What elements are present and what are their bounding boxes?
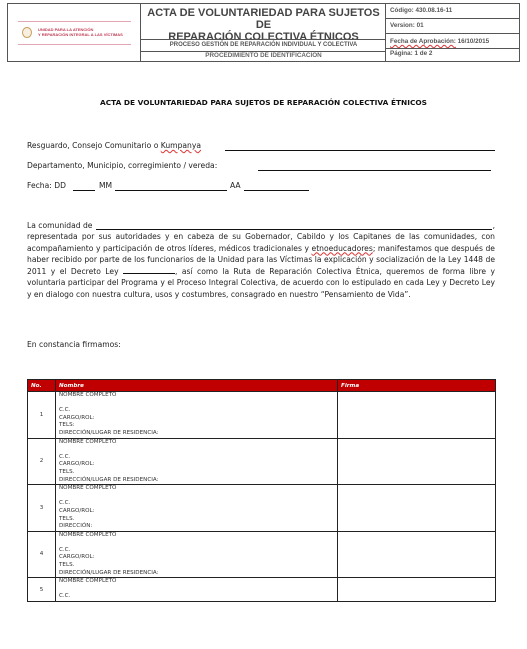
resguardo-label: Resguardo, Consejo Comunitario o Kumpany…: [27, 141, 201, 150]
table-row: 2NOMBRE COMPLETOC.C.CARGO/ROL:TELS.DIREC…: [28, 438, 496, 485]
row-number: 1: [28, 392, 56, 439]
nombre-field-label: TELS.: [59, 516, 334, 524]
col-header-firma: Firma: [338, 380, 496, 392]
version: Version: 01: [390, 22, 424, 29]
firma-cell[interactable]: [338, 531, 496, 578]
fecha-aprobacion: Fecha de Aprobación: 16/10/2015: [390, 38, 489, 45]
header-meta-cell: Código: 430.08.16-11 Version: 01 Fecha d…: [386, 4, 519, 61]
nombre-field-label: DIRECCIÓN:: [59, 523, 334, 531]
comunidad-field[interactable]: [96, 229, 492, 230]
resguardo-field[interactable]: [225, 150, 495, 151]
nombre-field-label: CARGO/ROL:: [59, 461, 334, 469]
logo-text: UNIDAD PARA LA ATENCIÓN Y REPARACIÓN INT…: [38, 27, 123, 37]
nombre-field-label: NOMBRE COMPLETO: [59, 532, 334, 540]
nombre-cell[interactable]: NOMBRE COMPLETOC.C.CARGO/ROL:TELS.DIRECC…: [56, 485, 338, 532]
firma-cell[interactable]: [338, 578, 496, 602]
declaration-body: representada por sus autoridades y en ca…: [27, 231, 495, 300]
nombre-field-label: CARGO/ROL:: [59, 508, 334, 516]
fecha-aa-field[interactable]: [244, 190, 309, 191]
nombre-field-label: NOMBRE COMPLETO: [59, 439, 334, 447]
logo-text-line-2: Y REPARACIÓN INTEGRAL A LAS VÍCTIMAS: [38, 32, 123, 37]
nombre-cell[interactable]: NOMBRE COMPLETOC.C.: [56, 578, 338, 602]
fecha-dd-field[interactable]: [73, 190, 95, 191]
table-row: 4NOMBRE COMPLETOC.C.CARGO/ROL:TELS.DIREC…: [28, 531, 496, 578]
comunidad-line: La comunidad de ,: [27, 220, 495, 231]
kumpanya-word: Kumpanya: [161, 141, 201, 150]
fecha-aprobacion-value: 16/10/2015: [456, 38, 489, 45]
departamento-label: Departamento, Municipio, corregimiento /…: [27, 161, 217, 170]
comma: ,: [493, 220, 495, 231]
firma-cell[interactable]: [338, 485, 496, 532]
signature-table-body: 1NOMBRE COMPLETOC.C.CARGO/ROL:TELS:DIREC…: [28, 392, 496, 602]
table-header-row: No. Nombre Firma: [28, 380, 496, 392]
table-row: 5NOMBRE COMPLETOC.C.: [28, 578, 496, 602]
nombre-field-label: NOMBRE COMPLETO: [59, 485, 334, 493]
nombre-field-label: CARGO/ROL:: [59, 554, 334, 562]
logo-cell: UNIDAD PARA LA ATENCIÓN Y REPARACIÓN INT…: [8, 4, 141, 61]
header-title: ACTA DE VOLUNTARIEDAD PARA SUJETOS DE RE…: [141, 7, 386, 43]
nombre-field-label: TELS.: [59, 562, 334, 570]
col-header-nombre: Nombre: [56, 380, 338, 392]
nombre-field-label: [59, 446, 334, 454]
nombre-field-label: C.C.: [59, 454, 334, 462]
table-row: 3NOMBRE COMPLETOC.C.CARGO/ROL:TELS.DIREC…: [28, 485, 496, 532]
row-number: 4: [28, 531, 56, 578]
nombre-field-label: [59, 586, 334, 594]
nombre-field-label: NOMBRE COMPLETO: [59, 578, 334, 586]
declaration-paragraph: La comunidad de , representada por sus a…: [27, 220, 495, 300]
row-number: 2: [28, 438, 56, 485]
nombre-field-label: DIRECCIÓN/LUGAR DE RESIDENCIA:: [59, 477, 334, 485]
col-header-no: No.: [28, 380, 56, 392]
nombre-field-label: NOMBRE COMPLETO: [59, 392, 334, 400]
divider: [386, 33, 519, 34]
pagina: Página: 1 de 2: [390, 50, 432, 57]
fecha-aprobacion-label: Fecha de Aprobación:: [390, 38, 456, 45]
nombre-field-label: CARGO/ROL:: [59, 415, 334, 423]
nombre-field-label: DIRECCIÓN/LUGAR DE RESIDENCIA:: [59, 570, 334, 578]
nombre-cell[interactable]: NOMBRE COMPLETOC.C.CARGO/ROL:TELS:DIRECC…: [56, 392, 338, 439]
header-title-cell: ACTA DE VOLUNTARIEDAD PARA SUJETOS DE RE…: [141, 4, 386, 61]
comunidad-label: La comunidad de: [27, 221, 92, 230]
nombre-field-label: [59, 539, 334, 547]
nombre-cell[interactable]: NOMBRE COMPLETOC.C.CARGO/ROL:TELS.DIRECC…: [56, 531, 338, 578]
firma-cell[interactable]: [338, 438, 496, 485]
nombre-field-label: C.C.: [59, 500, 334, 508]
nombre-field-label: DIRECCIÓN/LUGAR DE RESIDENCIA:: [59, 430, 334, 438]
header-title-line-1: ACTA DE VOLUNTARIEDAD PARA SUJETOS DE: [141, 7, 386, 31]
nombre-field-label: TELS:: [59, 422, 334, 430]
fecha-mm-field[interactable]: [115, 190, 227, 191]
nombre-field-label: C.C.: [59, 547, 334, 555]
etnoeducadores-word: etnoeducadores: [312, 244, 373, 253]
divider: [386, 18, 519, 19]
nombre-field-label: [59, 400, 334, 408]
logo-divider: [18, 44, 131, 45]
table-row: 1NOMBRE COMPLETOC.C.CARGO/ROL:TELS:DIREC…: [28, 392, 496, 439]
row-number: 5: [28, 578, 56, 602]
fecha-aa-label: AA: [230, 181, 241, 190]
codigo: Código: 430.08.16-11: [390, 7, 452, 14]
fecha-dd-label: Fecha: DD: [27, 181, 66, 190]
divider: [386, 48, 519, 49]
departamento-field[interactable]: [258, 170, 491, 171]
document-title: ACTA DE VOLUNTARIEDAD PARA SUJETOS DE RE…: [0, 98, 527, 107]
fecha-mm-label: MM: [99, 181, 112, 190]
coat-of-arms-icon: [22, 27, 32, 38]
firma-cell[interactable]: [338, 392, 496, 439]
signature-table: No. Nombre Firma 1NOMBRE COMPLETOC.C.CAR…: [27, 379, 496, 602]
resguardo-label-text: Resguardo, Consejo Comunitario o: [27, 141, 161, 150]
constancia-label: En constancia firmamos:: [27, 340, 121, 349]
nombre-field-label: TELS.: [59, 469, 334, 477]
row-number: 3: [28, 485, 56, 532]
nombre-field-label: C.C.: [59, 407, 334, 415]
document-header: UNIDAD PARA LA ATENCIÓN Y REPARACIÓN INT…: [7, 3, 520, 62]
nombre-field-label: C.C.: [59, 593, 334, 601]
procedimiento-label: PROCEDIMIENTO DE IDENTIFICACIÓN: [141, 50, 386, 61]
decreto-ley-field[interactable]: [123, 265, 175, 274]
logo-divider: [18, 21, 131, 22]
nombre-field-label: [59, 493, 334, 501]
nombre-cell[interactable]: NOMBRE COMPLETOC.C.CARGO/ROL:TELS.DIRECC…: [56, 438, 338, 485]
